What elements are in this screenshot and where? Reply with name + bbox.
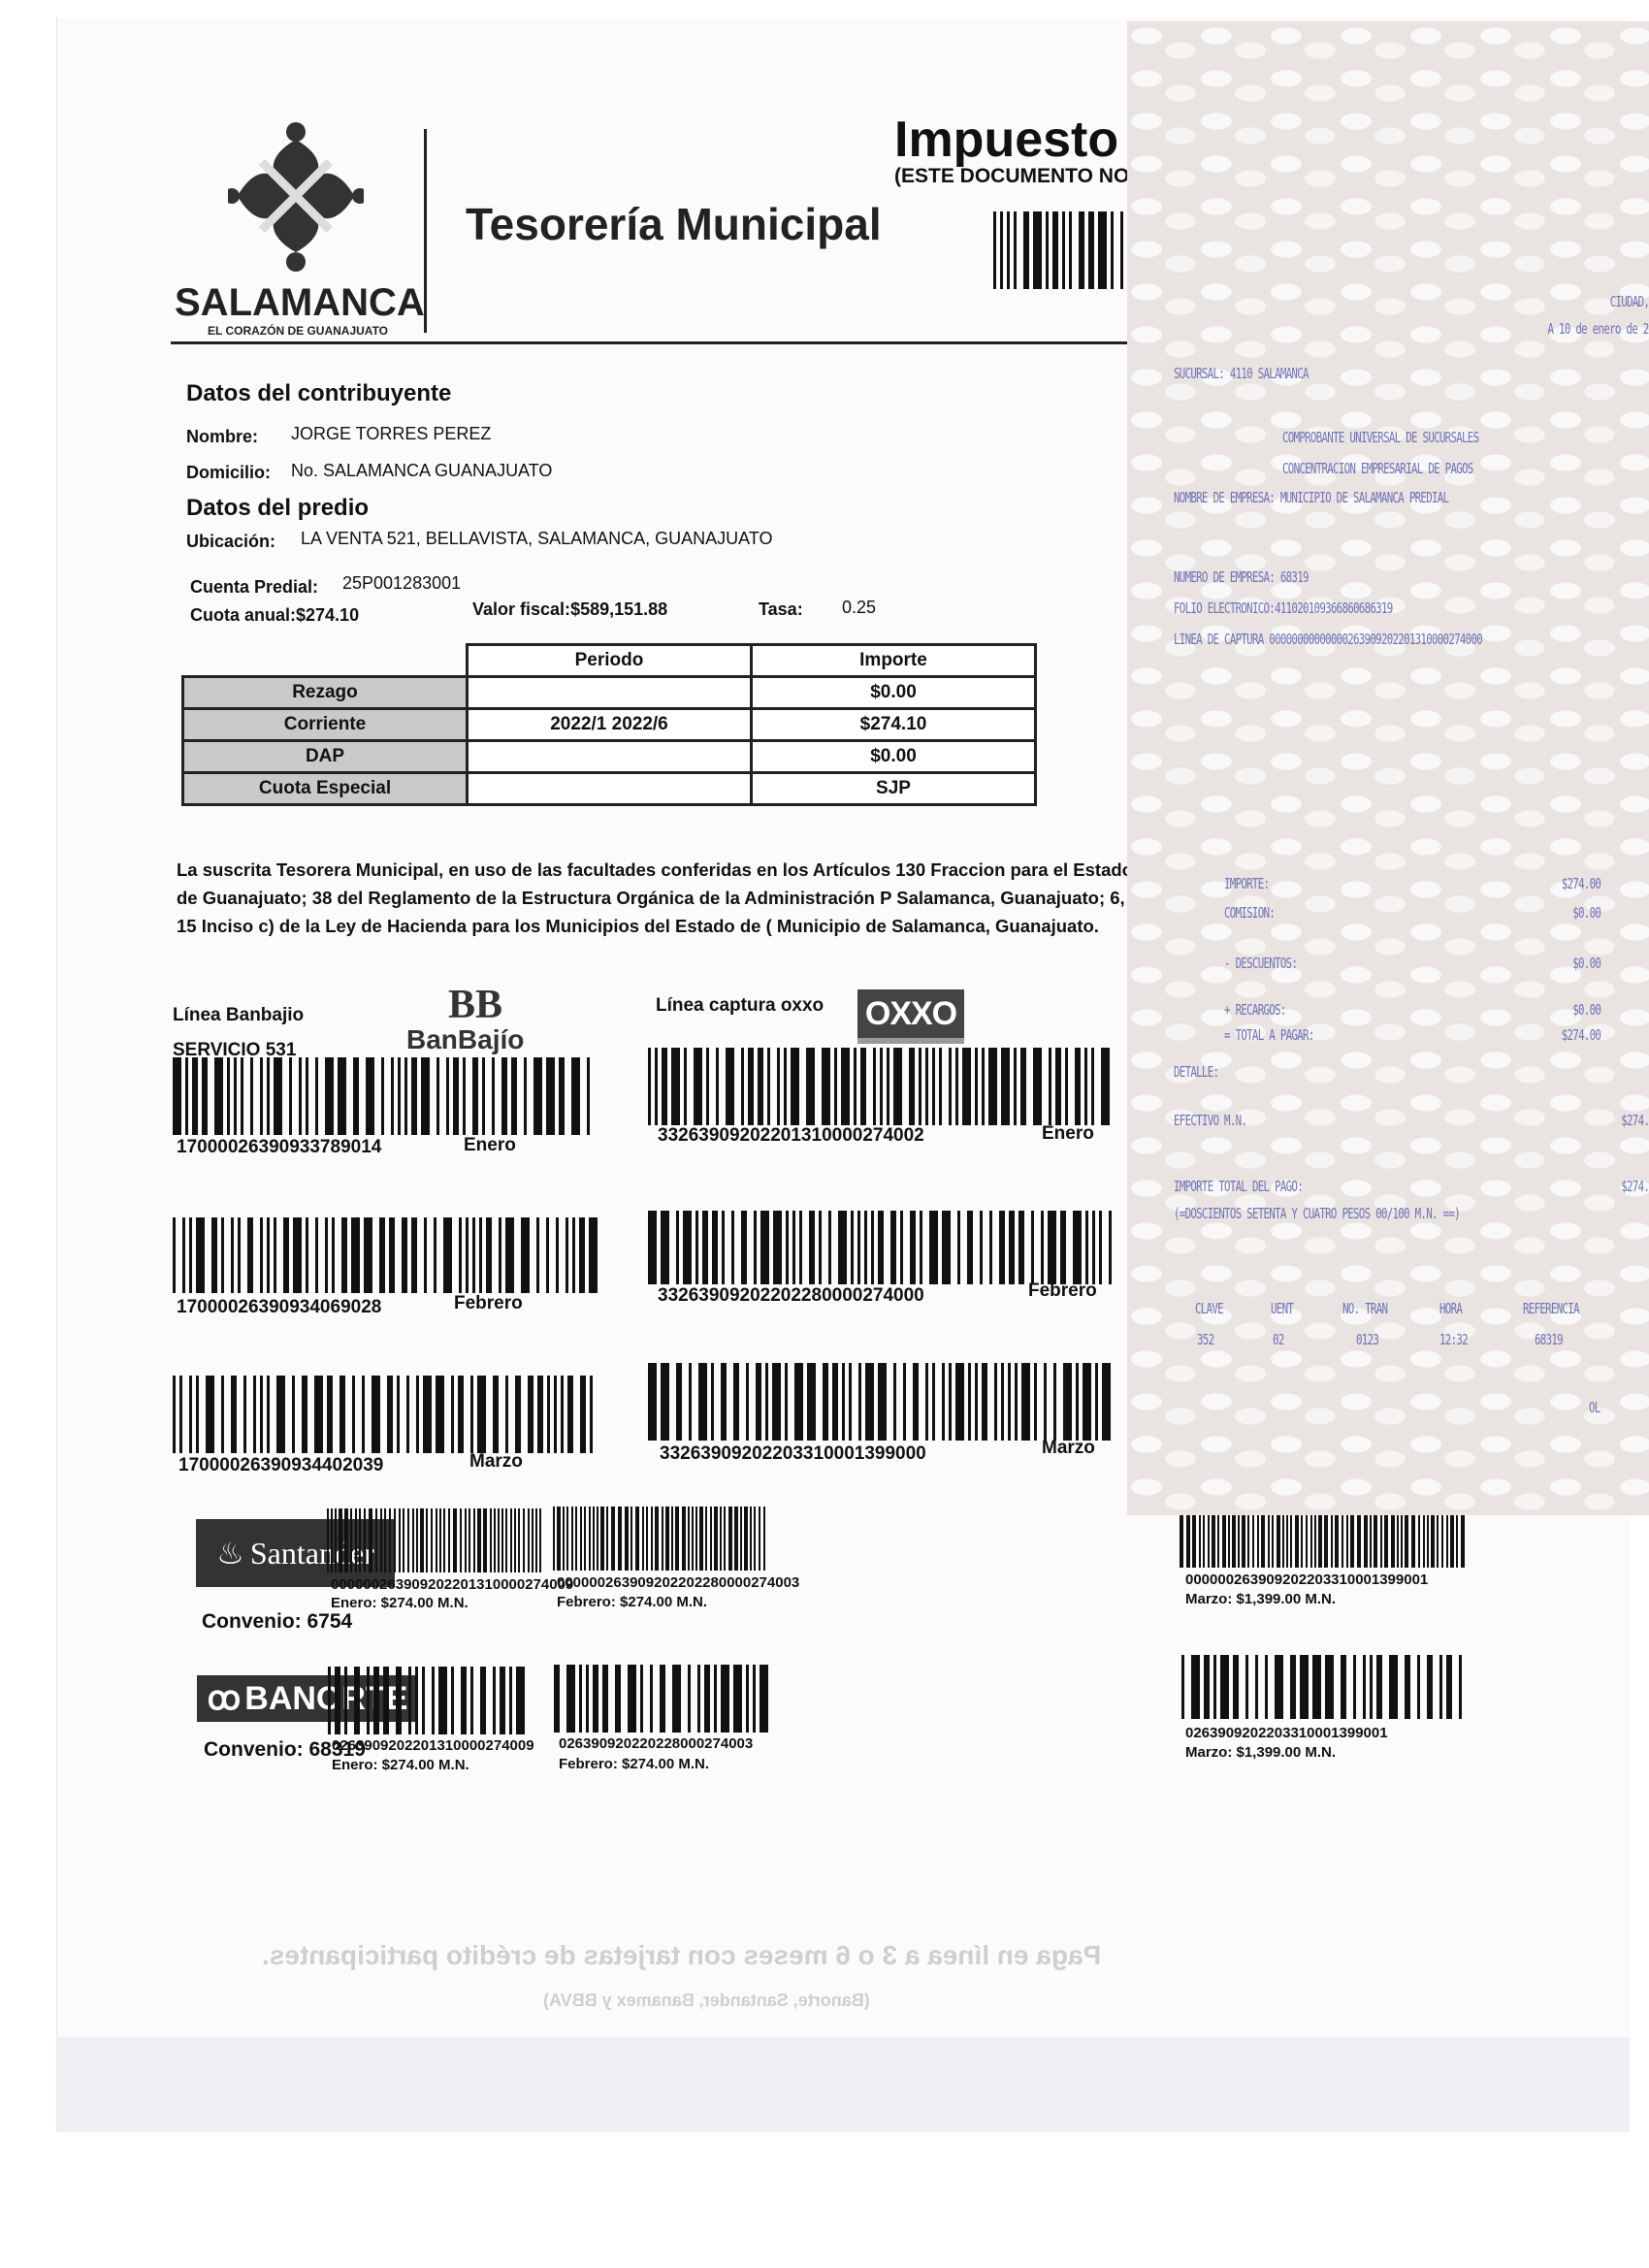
barcode-banorte-febrero [554,1665,769,1733]
office-name: Tesorería Municipal [466,198,882,250]
header-divider [424,129,427,333]
receipt-comprobante-2: CONCENTRACION EMPRESARIAL DE PAGOS [1282,460,1473,477]
barcode-oxxo-enero [648,1048,1114,1125]
bank-receipt: CIUDAD, A 10 de enero de 2 SUCURSAL: 411… [1127,21,1649,1515]
receipt-line-value: $274.00 [1562,875,1600,892]
receipt-footer-header: HORA [1439,1300,1462,1317]
legal-text: La suscrita Tesorera Municipal, en uso d… [177,856,1137,940]
ubicacion-label: Ubicación: [186,532,275,552]
table-header-importe: Importe [752,645,1036,677]
receipt-detalle: DETALLE: [1174,1063,1218,1081]
barcode-number: 33263909202203310001399000 [660,1443,926,1465]
municipality-tagline: EL CORAZÓN DE GUANAJUATO [208,324,388,338]
row-periodo [468,741,752,773]
receipt-empresa: NOMBRE DE EMPRESA: MUNICIPIO DE SALAMANC… [1174,489,1448,506]
barcode-banorte-enero [328,1667,533,1734]
barcode-number: 000000263909202201310000274009 [331,1576,573,1593]
tasa-value: 0.25 [842,598,876,618]
domicilio-label: Domicilio: [186,463,271,483]
row-label: Rezago [183,677,468,709]
municipality-logo-name: SALAMANCA [175,281,425,325]
valor-value: $589,151.88 [570,599,667,619]
barcode-amount: Marzo: $1,399.00 M.N. [1185,1591,1336,1607]
table-row: Rezago $0.00 [183,677,1036,709]
barcode-bars-icon [648,1363,1114,1441]
cuenta-label: Cuenta Predial: [190,577,318,598]
barcode-bars-icon [554,1665,769,1733]
table-row: Corriente 2022/1 2022/6 $274.10 [183,709,1036,741]
barcode-number: 17000026390933789014 [177,1137,381,1158]
barcode-month: Enero [464,1135,516,1156]
row-importe: $274.10 [752,709,1036,741]
receipt-footer-value: 68319 [1535,1331,1563,1348]
barcode-number: 33263909202202280000274000 [658,1285,924,1307]
barcode-bars-icon [1180,1515,1467,1568]
cuota-label: Cuota anual: [190,605,296,625]
nombre-label: Nombre: [186,427,258,447]
row-label: DAP [183,741,468,773]
receipt-total-value: $274. [1621,1178,1649,1195]
predio-heading: Datos del predio [186,495,369,522]
receipt-footer-header: UENT [1271,1300,1293,1317]
barcode-bars-icon [553,1507,768,1571]
barcode-banorte-marzo [1181,1655,1469,1719]
barcode-number: 02639092022013100002740​09 [332,1737,534,1754]
table-row: DAP $0.00 [183,741,1036,773]
document-title: Impuesto p [894,111,1163,169]
bottom-band [56,2037,1630,2132]
header-rule [171,341,1131,344]
barcode-bars-icon [1181,1655,1469,1719]
barcode-banbajio-febrero [173,1217,599,1293]
santander-convenio: Convenio: 6754 [202,1610,352,1634]
barcode-bars-icon [173,1057,599,1135]
receipt-footer-value: 02 [1273,1331,1284,1348]
row-importe: $0.00 [752,741,1036,773]
table-corner [183,645,468,677]
barcode-banbajio-marzo [173,1376,599,1453]
barcode-amount: Febrero: $274.00 M.N. [559,1756,709,1772]
nombre-value: JORGE TORRES PEREZ [291,424,491,444]
salamanca-logo-icon [228,118,364,274]
barcode-santander-marzo [1180,1515,1467,1568]
barcode-amount: Enero: $274.00 M.N. [331,1595,469,1611]
barcode-month: Enero [1042,1123,1094,1145]
receipt-footer-header: NO. TRAN [1342,1300,1387,1317]
barcode-month: Febrero [454,1293,523,1314]
barcode-number: 000000263909202203310001399001 [1185,1571,1428,1588]
domicilio-value: No. SALAMANCA GUANAJUATO [291,461,552,481]
barcode-number: 000000263909202202280000274003 [557,1574,799,1591]
receipt-fecha: A 10 de enero de 2 [1548,320,1649,338]
tasa-label: Tasa: [759,599,803,620]
valor-label: Valor fiscal: [472,599,570,619]
receipt-line-label: = TOTAL A PAGAR: [1224,1026,1314,1044]
promo-text: Paga en línea a 3 o 6 meses con tarjetas… [262,1940,1101,1971]
receipt-footer-header: REFERENCIA [1523,1300,1579,1317]
receipt-end-mark: OL [1589,1399,1600,1416]
barcode-bars-icon [327,1508,542,1572]
cuota-value: $274.10 [296,605,359,625]
receipt-total-words: (=DOSCIENTOS SETENTA Y CUATRO PESOS 00/1… [1174,1205,1460,1222]
barcode-month: Marzo [469,1451,523,1473]
receipt-line-value: $0.00 [1572,955,1600,972]
santander-flame-icon: ♨ [216,1535,244,1571]
barcode-banbajio-enero [173,1057,599,1135]
barcode-number: 33263909202201310000274002 [658,1125,924,1147]
barcode-number: 17000026390934069028 [177,1297,381,1318]
barcode-amount: Marzo: $1,399.00 M.N. [1185,1744,1336,1761]
barcode-bars-icon [993,211,1137,289]
contribuyente-heading: Datos del contribuyente [186,380,451,407]
row-periodo [468,677,752,709]
period-table: Periodo Importe Rezago $0.00 Corriente 2… [181,643,1037,806]
ubicacion-value: LA VENTA 521, BELLAVISTA, SALAMANCA, GUA… [301,529,773,549]
barcode-bars-icon [648,1048,1114,1125]
barcode-oxxo-marzo [648,1363,1114,1441]
banbajio-logo-text: BanBajío [406,1024,524,1055]
receipt-line-value: $0.00 [1572,1001,1600,1019]
receipt-ciudad: CIUDAD, [1610,293,1649,310]
barcode-bars-icon [328,1667,533,1734]
receipt-sucursal: SUCURSAL: 4110 SALAMANCA [1174,365,1309,382]
row-periodo: 2022/1 2022/6 [468,709,752,741]
barcode-amount: Febrero: $274.00 M.N. [557,1594,707,1610]
barcode-oxxo-febrero [648,1211,1114,1284]
receipt-line-label: + RECARGOS: [1224,1001,1286,1019]
receipt-numero-empresa: NUMERO DE EMPRESA: 68319 [1174,568,1309,586]
row-label: Cuota Especial [183,773,468,805]
receipt-line-value: $0.00 [1572,904,1600,922]
oxxo-logo-icon: OXXO [857,989,964,1044]
receipt-footer-value: 12:32 [1439,1331,1468,1348]
barcode-santander-febrero [553,1507,768,1571]
receipt-footer-header: CLAVE [1195,1300,1223,1317]
row-periodo [468,773,752,805]
receipt-line-label: COMISION: [1224,904,1275,922]
table-header-periodo: Periodo [468,645,752,677]
cuenta-value: 25P001283001 [342,573,461,594]
receipt-comprobante-1: COMPROBANTE UNIVERSAL DE SUCURSALES [1282,429,1478,446]
oxxo-label: Línea captura oxxo [656,995,824,1017]
row-label: Corriente [183,709,468,741]
promo-subtext: (Banorte, Santander, Banamex y BBVA) [543,1991,870,2011]
receipt-line-label: IMPORTE: [1224,875,1269,892]
header-barcode [993,211,1137,289]
row-importe: $0.00 [752,677,1036,709]
banbajio-label: Línea Banbajio [173,1005,304,1026]
barcode-month: Febrero [1028,1280,1097,1302]
barcode-santander-enero [327,1508,542,1572]
table-row: Cuota Especial SJP [183,773,1036,805]
barcode-bars-icon [173,1376,599,1453]
receipt-footer-value: 0123 [1356,1331,1378,1348]
receipt-efectivo-value: $274. [1621,1112,1649,1129]
barcode-bars-icon [173,1217,599,1293]
receipt-linea-captura: LINEA DE CAPTURA 00000000000000263909202… [1174,631,1482,648]
document-subtitle: (ESTE DOCUMENTO NO [894,165,1129,188]
receipt-line-label: - DESCUENTOS: [1224,955,1297,972]
barcode-month: Marzo [1042,1438,1095,1459]
barcode-number: 026390920220331000139900​1 [1185,1725,1388,1741]
barcode-amount: Enero: $274.00 M.N. [332,1757,469,1773]
barcode-bars-icon [648,1211,1114,1284]
barcode-number: 17000026390934402039 [178,1455,383,1476]
barcode-number: 026390920220228000274003 [559,1735,753,1752]
receipt-efectivo-label: EFECTIVO M.N. [1174,1112,1246,1129]
receipt-line-value: $274.00 [1562,1026,1600,1044]
receipt-folio: FOLIO ELECTRONICO:4110201093668606863​19 [1174,599,1393,617]
banorte-symbol-icon: ꝏ [208,1679,242,1718]
receipt-footer-value: 352 [1197,1331,1213,1348]
row-importe: SJP [752,773,1036,805]
banbajio-logo-icon: BB [448,982,502,1028]
receipt-total-label: IMPORTE TOTAL DEL PAGO: [1174,1178,1303,1195]
